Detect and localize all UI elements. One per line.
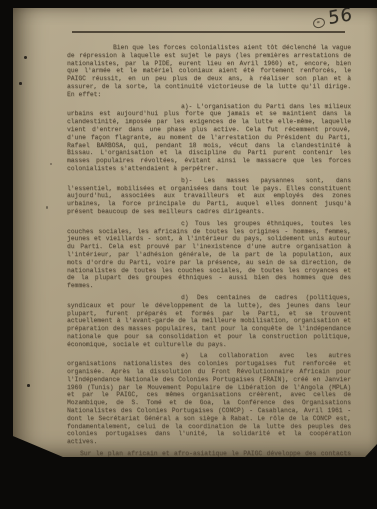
document-page: 56 Bien que les forces colonialistes aie… — [13, 8, 377, 457]
ink-speck — [50, 163, 52, 165]
ink-speck — [19, 82, 22, 85]
circled-stamp-icon — [312, 17, 326, 30]
paragraph-d: d) Des centaines de cadres (politiques, … — [67, 294, 351, 349]
paragraph-a: a)- L'organisation du Parti dans les mil… — [67, 103, 351, 173]
ink-speck — [27, 384, 30, 387]
paragraph-closing: Sur le plan africain et afro-asiatique l… — [67, 450, 351, 480]
paragraph-b: b)- Les masses paysannes sont, dans l'es… — [67, 177, 351, 216]
document-body: Bien que les forces colonialistes aient … — [67, 44, 351, 480]
ink-speck — [46, 206, 48, 209]
paragraph-e: e) La collaboration avec les autres orga… — [67, 352, 351, 446]
paragraph-intro: Bien que les forces colonialistes aient … — [67, 44, 351, 99]
scan-background: 56 Bien que les forces colonialistes aie… — [0, 0, 377, 480]
page-number: 56 — [327, 4, 353, 29]
ink-speck — [24, 56, 27, 59]
paragraph-c: c) Tous les groupes éthniques, toutes le… — [67, 220, 351, 290]
header-rule — [72, 31, 345, 33]
